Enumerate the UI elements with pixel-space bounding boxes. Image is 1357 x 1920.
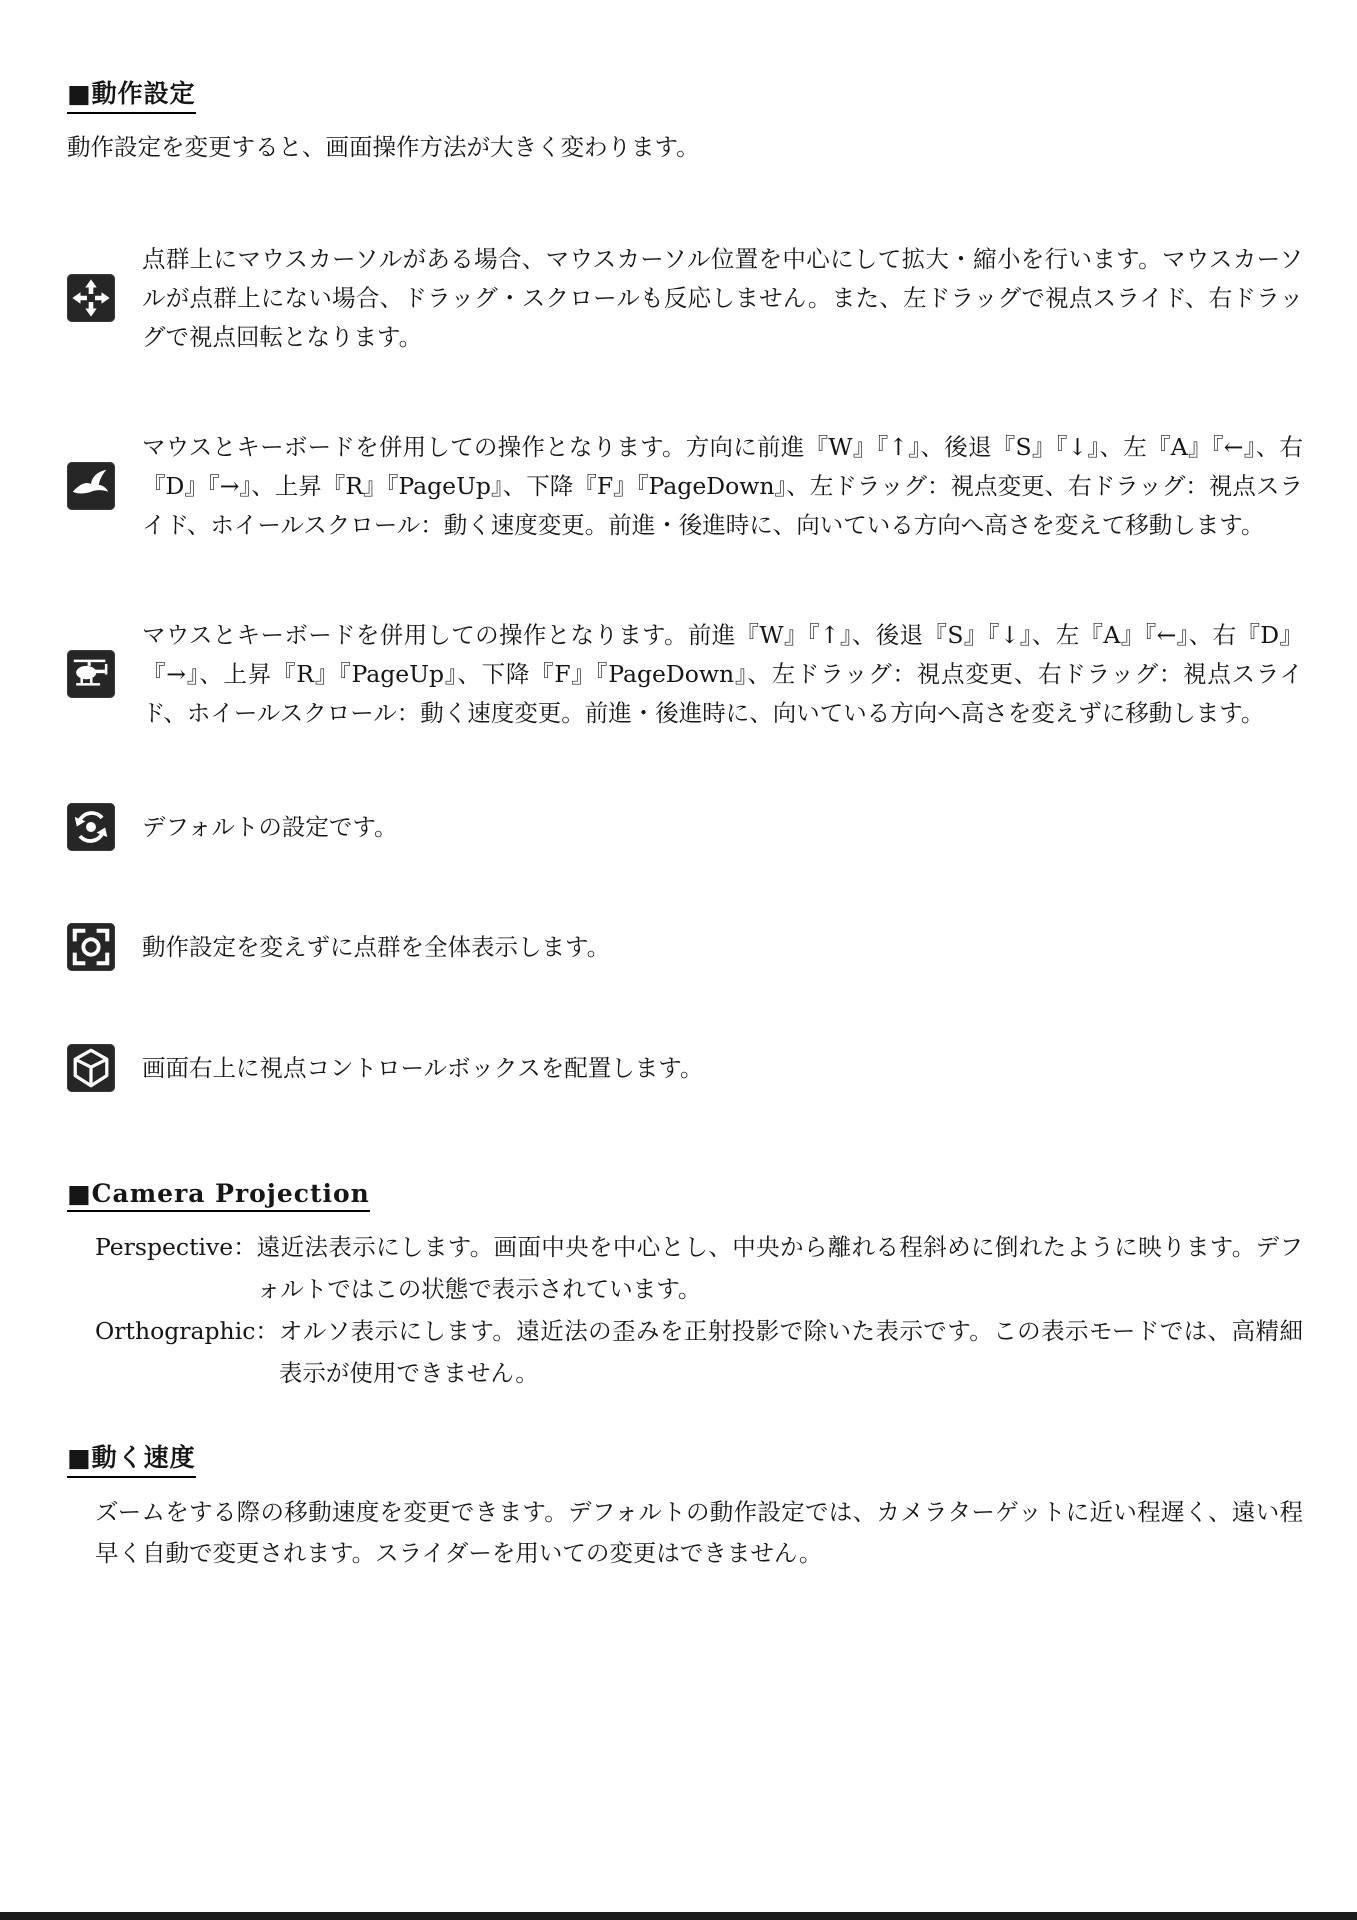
mode-description: 動作設定を変えずに点群を全体表示します。 (142, 928, 1303, 967)
view-cube-icon (67, 1044, 115, 1092)
camera-projection-title: ■Camera Projection (67, 1179, 370, 1212)
mode-description: デフォルトの設定です。 (142, 808, 1303, 847)
orbit-icon (67, 803, 115, 851)
helicopter-icon (67, 650, 115, 698)
mode-row-fit-all: 動作設定を変えずに点群を全体表示します。 (67, 904, 1303, 990)
orthographic-description: オルソ表示にします。遠近法の歪みを正射投影で除いた表示です。この表示モードでは、… (279, 1310, 1303, 1394)
move-speed-description: ズームをする際の移動速度を変更できます。デフォルトの動作設定では、カメラターゲッ… (67, 1492, 1303, 1574)
perspective-separator: ： (233, 1226, 257, 1310)
camera-entry-perspective: Perspective： 遠近法表示にします。画面中央を中心とし、中央から離れる… (95, 1226, 1303, 1310)
perspective-description: 遠近法表示にします。画面中央を中心とし、中央から離れる程斜めに倒れたように映りま… (257, 1226, 1303, 1310)
mode-row-mouse-zoom: 点群上にマウスカーソルがある場合、マウスカーソル位置を中心にして拡大・縮小を行い… (67, 216, 1303, 380)
mode-description: 画面右上に視点コントロールボックスを配置します。 (142, 1049, 1303, 1088)
page-content: ■動作設定 動作設定を変更すると、画面操作方法が大きく変わります。 点群上にマウ… (0, 0, 1357, 1574)
bird-icon (67, 462, 115, 510)
orthographic-separator: ： (255, 1310, 279, 1394)
motion-settings-title: ■動作設定 (67, 74, 196, 114)
document-page: ■動作設定 動作設定を変更すると、画面操作方法が大きく変わります。 点群上にマウ… (0, 0, 1357, 1920)
fit-view-icon (67, 923, 115, 971)
camera-projection-section: ■Camera Projection Perspective： 遠近法表示にしま… (67, 1179, 1303, 1394)
orthographic-term: Orthographic (95, 1310, 255, 1394)
camera-projection-entries: Perspective： 遠近法表示にします。画面中央を中心とし、中央から離れる… (67, 1226, 1303, 1394)
mode-row-helicopter: マウスとキーボードを併用しての操作となります。前進『W』『↑』、後退『S』『↓』… (67, 592, 1303, 756)
motion-settings-intro: 動作設定を変更すると、画面操作方法が大きく変わります。 (67, 128, 1303, 166)
mode-description: マウスとキーボードを併用しての操作となります。方向に前進『W』『↑』、後退『S』… (142, 428, 1303, 545)
mode-list: 点群上にマウスカーソルがある場合、マウスカーソル位置を中心にして拡大・縮小を行い… (67, 216, 1303, 1111)
move-speed-section: ■動く速度 ズームをする際の移動速度を変更できます。デフォルトの動作設定では、カ… (67, 1438, 1303, 1574)
camera-entry-orthographic: Orthographic： オルソ表示にします。遠近法の歪みを正射投影で除いた表… (95, 1310, 1303, 1394)
bottom-edge-bar (0, 1912, 1357, 1920)
mode-row-bird-fly: マウスとキーボードを併用しての操作となります。方向に前進『W』『↑』、後退『S』… (67, 404, 1303, 568)
perspective-term: Perspective (95, 1226, 233, 1310)
pan-arrows-icon (67, 274, 115, 322)
mode-description: マウスとキーボードを併用しての操作となります。前進『W』『↑』、後退『S』『↓』… (142, 616, 1303, 733)
move-speed-title: ■動く速度 (67, 1438, 196, 1478)
mode-row-default-orbit: デフォルトの設定です。 (67, 784, 1303, 870)
mode-row-view-cube: 画面右上に視点コントロールボックスを配置します。 (67, 1025, 1303, 1111)
mode-description: 点群上にマウスカーソルがある場合、マウスカーソル位置を中心にして拡大・縮小を行い… (142, 240, 1303, 357)
